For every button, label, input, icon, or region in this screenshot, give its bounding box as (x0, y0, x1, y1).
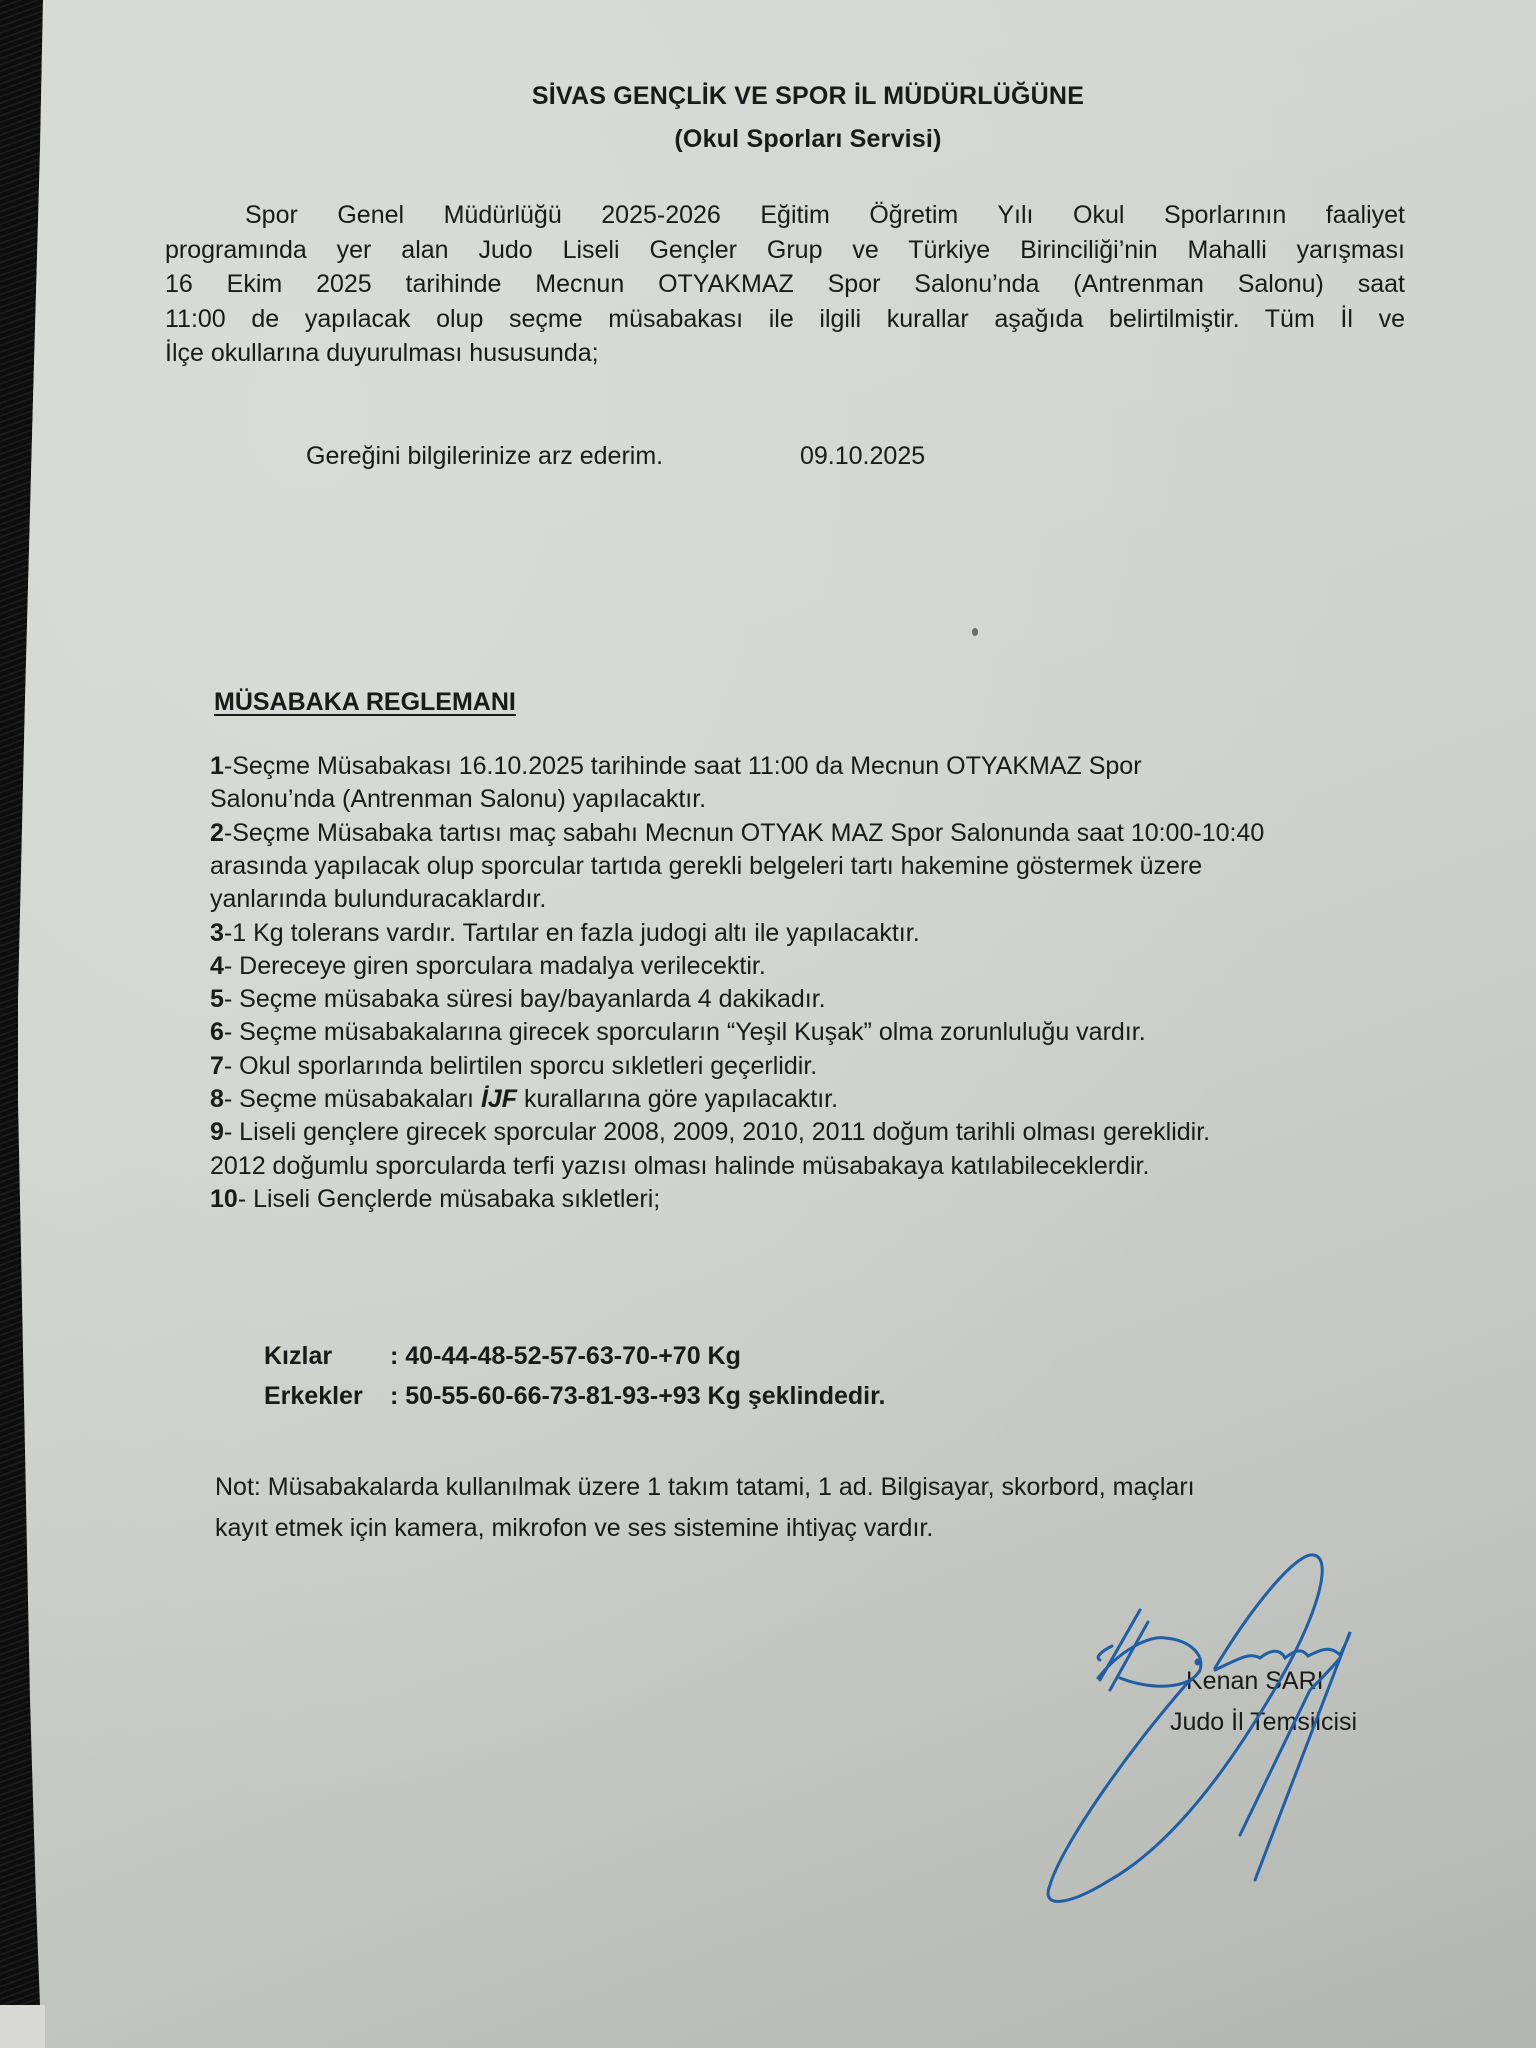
note-line: Not: Müsabakalarda kullanılmak üzere 1 t… (215, 1467, 1195, 1508)
note: Not: Müsabakalarda kullanılmak üzere 1 t… (215, 1467, 1195, 1549)
regulation-item: 8- Seçme müsabakaları İJF kurallarına gö… (210, 1085, 838, 1114)
regulation-item: arasında yapılacak olup sporcular tartıd… (210, 852, 1202, 881)
regulation-item: 5- Seçme müsabaka süresi bay/bayanlarda … (210, 985, 826, 1014)
weights-value: : 40-44-48-52-57-63-70-+70 Kg (390, 1342, 741, 1370)
body-paragraph: Spor Genel Müdürlüğü 2025-2026 Eğitim Öğ… (165, 198, 1405, 371)
regulation-item: 10- Liseli Gençlerde müsabaka sıkletleri… (210, 1185, 660, 1214)
document-title: SİVAS GENÇLİK VE SPOR İL MÜDÜRLÜĞÜNE (40, 82, 1536, 111)
regulation-item: 4- Dereceye giren sporculara madalya ver… (210, 952, 766, 981)
body-line: Spor Genel Müdürlüğü 2025-2026 Eğitim Öğ… (165, 198, 1405, 233)
body-line: 11:00 de yapılacak olup seçme müsabakası… (165, 302, 1405, 337)
regulation-item: 1-Seçme Müsabakası 16.10.2025 tarihinde … (210, 752, 1142, 781)
body-line: İlçe okullarına duyurulması hususunda; (165, 336, 1405, 371)
emphasis-text: İJF (481, 1085, 517, 1113)
regulation-item: 6- Seçme müsabakalarına girecek sporcula… (210, 1018, 1146, 1047)
weights-boys: Erkekler: 50-55-60-66-73-81-93-+93 Kg şe… (264, 1382, 885, 1411)
weights-label: Kızlar (264, 1342, 390, 1371)
regulation-number: 9 (210, 1118, 224, 1146)
regulation-number: 6 (210, 1018, 224, 1046)
regulation-number: 2 (210, 819, 224, 847)
regulation-heading: MÜSABAKA REGLEMANI (214, 688, 516, 717)
regulation-number: 8 (210, 1085, 224, 1113)
regulation-number: 3 (210, 919, 224, 947)
regulation-item: 7- Okul sporlarında belirtilen sporcu sı… (210, 1052, 817, 1081)
regulation-number: 7 (210, 1052, 224, 1080)
regulation-number: 10 (210, 1185, 238, 1213)
document-subtitle: (Okul Sporları Servisi) (40, 125, 1536, 154)
weights-girls: Kızlar: 40-44-48-52-57-63-70-+70 Kg (264, 1342, 741, 1371)
weights-label: Erkekler (264, 1382, 390, 1411)
document-date: 09.10.2025 (800, 442, 925, 471)
body-line: 16 Ekim 2025 tarihinde Mecnun OTYAKMAZ S… (165, 267, 1405, 302)
document: SİVAS GENÇLİK VE SPOR İL MÜDÜRLÜĞÜNE (Ok… (0, 0, 1536, 2048)
closing-line: Gereğini bilgilerinize arz ederim. (306, 442, 663, 471)
regulation-item: 2012 doğumlu sporcularda terfi yazısı ol… (210, 1152, 1149, 1181)
regulation-item: 3-1 Kg tolerans vardır. Tartılar en fazl… (210, 919, 920, 948)
body-line: programında yer alan Judo Liseli Gençler… (165, 233, 1405, 268)
regulation-item: 9- Liseli gençlere girecek sporcular 200… (210, 1118, 1210, 1147)
regulation-item: yanlarında bulunduracaklardır. (210, 885, 546, 914)
regulation-number: 5 (210, 985, 224, 1013)
paper-speck (972, 628, 978, 636)
signature-icon (1040, 1540, 1460, 1920)
regulation-item: 2-Seçme Müsabaka tartısı maç sabahı Mecn… (210, 819, 1264, 848)
regulation-number: 1 (210, 752, 224, 780)
regulation-number: 4 (210, 952, 224, 980)
weights-value: : 50-55-60-66-73-81-93-+93 Kg şeklindedi… (390, 1382, 885, 1410)
regulation-item: Salonu’nda (Antrenman Salonu) yapılacakt… (210, 785, 706, 814)
